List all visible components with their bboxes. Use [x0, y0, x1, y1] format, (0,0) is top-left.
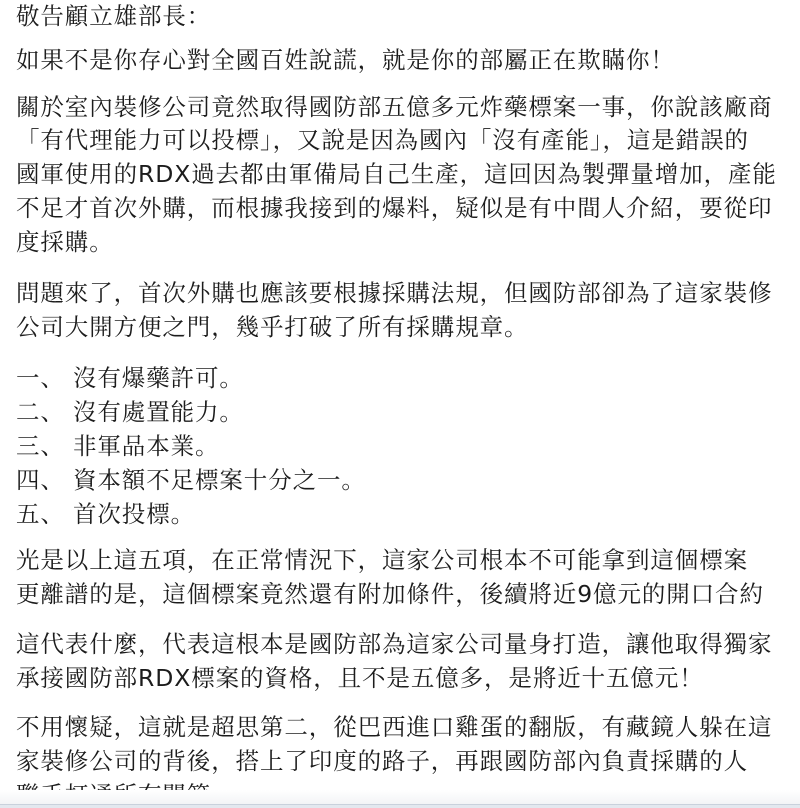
list-item: 一、沒有爆藥許可。 — [16, 362, 244, 394]
paragraph-5-line-1: 這代表什麼，代表這根本是國防部為這家公司量身打造，讓他取得獨家 — [16, 628, 772, 660]
list-text: 非軍品本業。 — [73, 432, 219, 460]
paragraph-6-line-1: 不用懷疑，這就是超思第二，從巴西進口雞蛋的翻版，有藏鏡人躲在這 — [16, 711, 772, 743]
list-number: 二、 — [16, 396, 73, 428]
list-number: 一、 — [16, 362, 73, 394]
paragraph-2-line-5: 度採購。 — [16, 226, 114, 258]
greeting-line: 敬告顧立雄部長： — [16, 0, 211, 32]
list-item: 二、沒有處置能力。 — [16, 396, 244, 428]
list-number: 五、 — [16, 498, 73, 530]
list-number: 三、 — [16, 430, 73, 462]
list-text: 沒有爆藥許可。 — [73, 364, 244, 392]
paragraph-1-line-1: 如果不是你存心對全國百姓說謊，就是你的部屬正在欺瞞你！ — [16, 44, 675, 76]
paragraph-3-line-2: 公司大開方便之門，幾乎打破了所有採購規章。 — [16, 311, 528, 343]
paragraph-2-line-1: 關於室內裝修公司竟然取得國防部五億多元炸藥標案一事，你說該廠商 — [16, 91, 772, 123]
paragraph-6-line-2: 家裝修公司的背後，搭上了印度的路子，再跟國防部內負責採購的人 — [16, 745, 748, 777]
paragraph-4-line-2: 更離譜的是，這個標案竟然還有附加條件，後續將近9億元的開口合約 — [16, 578, 764, 610]
paragraph-5-line-2: 承接國防部RDX標案的資格，且不是五億多，是將近十五億元！ — [16, 662, 704, 694]
paragraph-3-line-1: 問題來了，首次外購也應該要根據採購法規，但國防部卻為了這家裝修 — [16, 277, 772, 309]
list-text: 資本額不足標案十分之一。 — [73, 466, 366, 494]
bottom-fade — [0, 790, 800, 804]
list-text: 沒有處置能力。 — [73, 398, 244, 426]
paragraph-2-line-3: 國軍使用的RDX過去都由軍備局自己生產，這回因為製彈量增加，產能 — [16, 158, 777, 190]
list-text: 首次投標。 — [73, 500, 195, 528]
list-item: 四、資本額不足標案十分之一。 — [16, 464, 366, 496]
list-item: 三、非軍品本業。 — [16, 430, 219, 462]
bottom-divider — [0, 804, 800, 808]
list-number: 四、 — [16, 464, 73, 496]
paragraph-4-line-1: 光是以上這五項，在正常情況下，這家公司根本不可能拿到這個標案 — [16, 544, 748, 576]
list-item: 五、首次投標。 — [16, 498, 195, 530]
paragraph-2-line-4: 不足才首次外購，而根據我接到的爆料，疑似是有中間人介紹，要從印 — [16, 192, 772, 224]
paragraph-2-line-2: 「有代理能力可以投標」，又說是因為國內「沒有產能」，這是錯誤的 — [16, 124, 749, 156]
